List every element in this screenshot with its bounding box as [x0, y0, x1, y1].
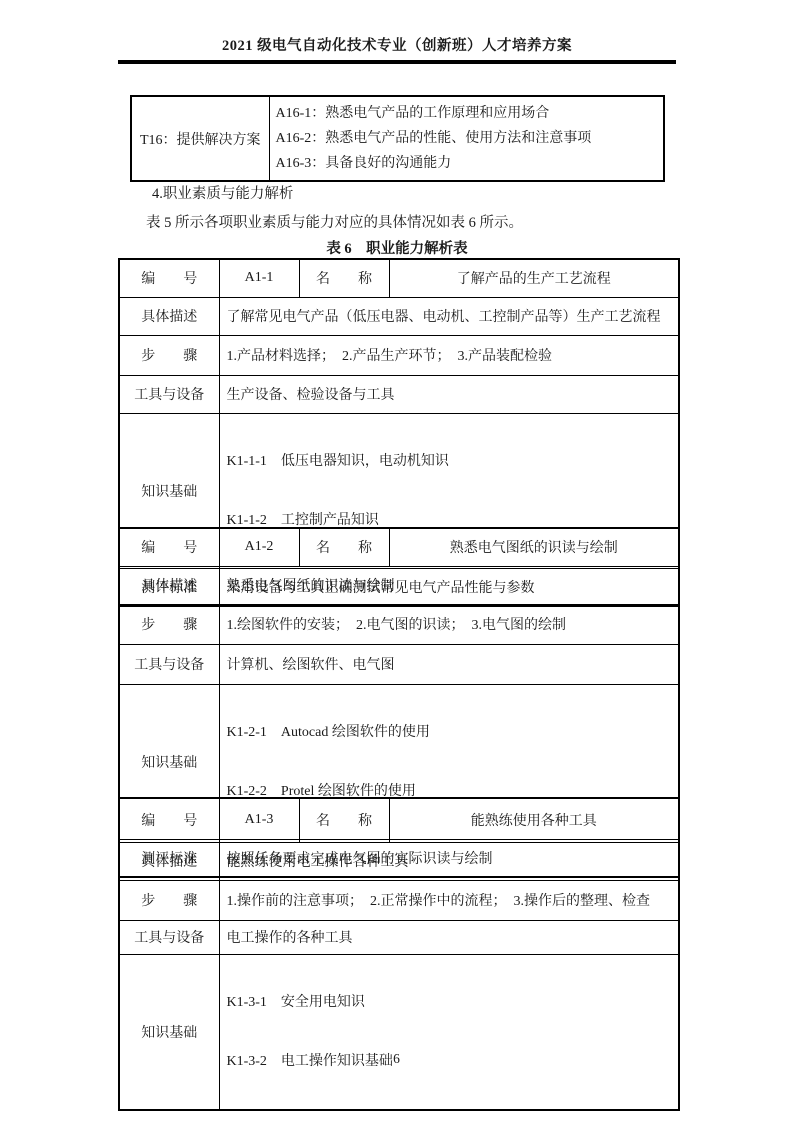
- page-header-title: 2021 级电气自动化技术专业（创新班）人才培养方案: [118, 34, 676, 55]
- code-label: 编 号: [119, 528, 219, 566]
- t16-item: A16-1：熟悉电气产品的工作原理和应用场合: [276, 101, 658, 126]
- code-value: A1-1: [219, 259, 299, 297]
- name-value: 了解产品的生产工艺流程: [389, 259, 679, 297]
- description-value: 了解常见电气产品（低压电器、电动机、工控制产品等）生产工艺流程: [219, 297, 679, 335]
- steps-value: 1.绘图软件的安装； 2.电气图的识读； 3.电气图的绘制: [219, 604, 679, 644]
- table-row: 编 号 A1-1 名 称 了解产品的生产工艺流程: [119, 259, 679, 297]
- description-value: 能熟练使用电工操作各种工具: [219, 842, 679, 880]
- tools-value: 计算机、绘图软件、电气图: [219, 644, 679, 684]
- table-row: 知识基础 K1-3-1 安全用电知识 K1-3-2 电工操作知识基础: [119, 954, 679, 1110]
- section-heading: 4.职业素质与能力解析: [152, 182, 293, 203]
- tools-label: 工具与设备: [119, 920, 219, 954]
- document-page: 2021 级电气自动化技术专业（创新班）人才培养方案 T16：提供解决方案 A1…: [0, 0, 793, 1122]
- table-row: T16：提供解决方案 A16-1：熟悉电气产品的工作原理和应用场合 A16-2：…: [131, 96, 664, 181]
- table-row: 编 号 A1-3 名 称 能熟练使用各种工具: [119, 798, 679, 842]
- knowledge-label: 知识基础: [119, 954, 219, 1110]
- steps-label: 步 骤: [119, 335, 219, 375]
- table-row: 具体描述 了解常见电气产品（低压电器、电动机、工控制产品等）生产工艺流程: [119, 297, 679, 335]
- t16-item: A16-2：熟悉电气产品的性能、使用方法和注意事项: [276, 126, 658, 151]
- description-label: 具体描述: [119, 566, 219, 604]
- knowledge-item: K1-1-1 低压电器知识，电动机知识: [227, 448, 672, 475]
- tools-label: 工具与设备: [119, 375, 219, 413]
- table-row: 步 骤 1.操作前的注意事项； 2.正常操作中的流程； 3.操作后的整理、检查: [119, 880, 679, 920]
- table-row: 工具与设备 计算机、绘图软件、电气图: [119, 644, 679, 684]
- knowledge-item: K1-2-1 Autocad 绘图软件的使用: [227, 719, 672, 746]
- page-number: 6: [0, 1051, 793, 1067]
- tools-value: 生产设备、检验设备与工具: [219, 375, 679, 413]
- description-label: 具体描述: [119, 297, 219, 335]
- table-row: 具体描述 能熟练使用电工操作各种工具: [119, 842, 679, 880]
- table-row: 工具与设备 电工操作的各种工具: [119, 920, 679, 954]
- table-row: 具体描述 熟悉电气图纸的识读与绘制: [119, 566, 679, 604]
- t16-item: A16-3：具备良好的沟通能力: [276, 151, 658, 176]
- name-label: 名 称: [299, 528, 389, 566]
- t16-competency-table: T16：提供解决方案 A16-1：熟悉电气产品的工作原理和应用场合 A16-2：…: [130, 95, 665, 182]
- code-value: A1-3: [219, 798, 299, 842]
- name-label: 名 称: [299, 259, 389, 297]
- steps-value: 1.产品材料选择； 2.产品生产环节； 3.产品装配检验: [219, 335, 679, 375]
- table-caption: 表 6 职业能力解析表: [118, 237, 676, 258]
- table-row: 工具与设备 生产设备、检验设备与工具: [119, 375, 679, 413]
- tools-label: 工具与设备: [119, 644, 219, 684]
- name-value: 熟悉电气图纸的识读与绘制: [389, 528, 679, 566]
- steps-value: 1.操作前的注意事项； 2.正常操作中的流程； 3.操作后的整理、检查: [219, 880, 679, 920]
- description-value: 熟悉电气图纸的识读与绘制: [219, 566, 679, 604]
- tools-value: 电工操作的各种工具: [219, 920, 679, 954]
- knowledge-value: K1-3-1 安全用电知识 K1-3-2 电工操作知识基础: [219, 954, 679, 1110]
- table-row: 编 号 A1-2 名 称 熟悉电气图纸的识读与绘制: [119, 528, 679, 566]
- code-value: A1-2: [219, 528, 299, 566]
- description-label: 具体描述: [119, 842, 219, 880]
- t16-label-cell: T16：提供解决方案: [131, 96, 269, 181]
- section-paragraph: 表 5 所示各项职业素质与能力对应的具体情况如表 6 所示。: [146, 211, 523, 232]
- t16-items-cell: A16-1：熟悉电气产品的工作原理和应用场合 A16-2：熟悉电气产品的性能、使…: [269, 96, 664, 181]
- code-label: 编 号: [119, 798, 219, 842]
- table-row: 步 骤 1.产品材料选择； 2.产品生产环节； 3.产品装配检验: [119, 335, 679, 375]
- steps-label: 步 骤: [119, 880, 219, 920]
- name-value: 能熟练使用各种工具: [389, 798, 679, 842]
- steps-label: 步 骤: [119, 604, 219, 644]
- code-label: 编 号: [119, 259, 219, 297]
- name-label: 名 称: [299, 798, 389, 842]
- header-divider: [118, 60, 676, 64]
- knowledge-item: K1-3-1 安全用电知识: [227, 989, 672, 1016]
- table-row: 步 骤 1.绘图软件的安装； 2.电气图的识读； 3.电气图的绘制: [119, 604, 679, 644]
